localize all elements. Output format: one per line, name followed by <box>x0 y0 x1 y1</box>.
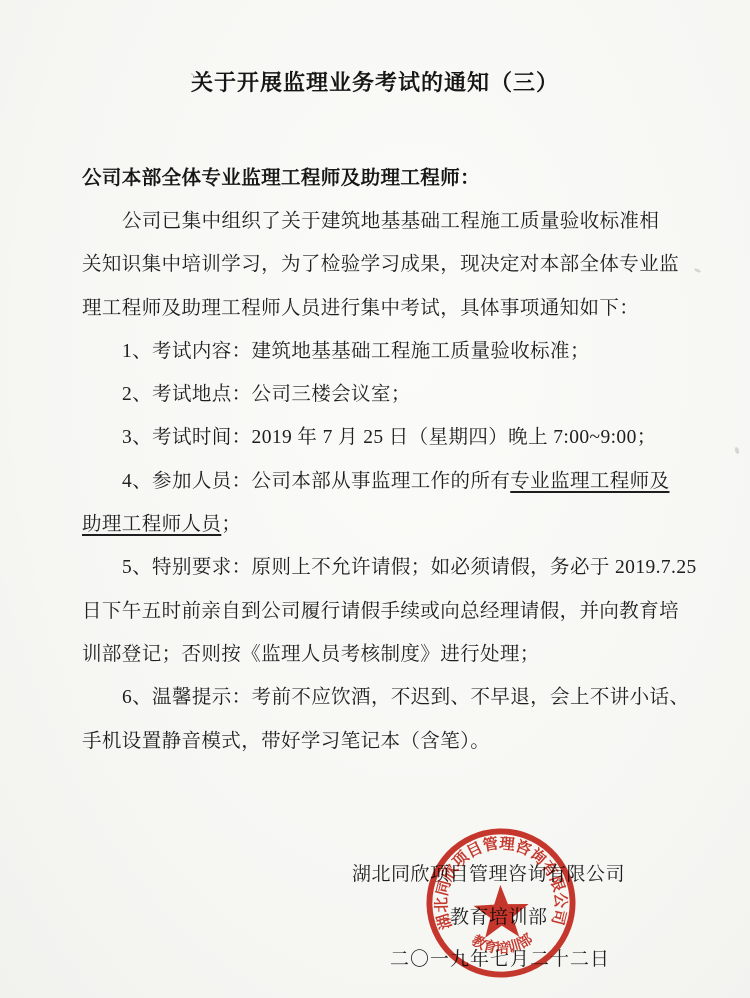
item-4-participants-line-1: 4、参加人员：公司本部从事监理工作的所有专业监理工程师及 <box>82 460 712 503</box>
body-text: 公司已集中组织了关于建筑地基基础工程施工质量验收标准相 <box>122 211 659 232</box>
document-body: 公司已集中组织了关于建筑地基基础工程施工质量验收标准相关知识集中培训学习，为了检… <box>82 200 712 763</box>
body-text: ； <box>221 514 241 535</box>
body-text: 3、考试时间：2019 年 7 月 25 日（星期四）晚上 7:00~9:00； <box>122 427 657 448</box>
intro-line-1: 公司已集中组织了关于建筑地基基础工程施工质量验收标准相 <box>82 200 712 243</box>
page-title: 关于开展监理业务考试的通知（三） <box>0 66 750 97</box>
item-5-special-requirements-line-3: 训部登记；否则按《监理人员考核制度》进行处理； <box>82 633 712 676</box>
body-text: 手机设置静音模式，带好学习笔记本（含笔）。 <box>82 731 490 752</box>
body-text: 理工程师及助理工程师人员进行集中考试，具体事项通知如下： <box>82 298 639 319</box>
body-text: 关知识集中培训学习，为了检验学习成果，现决定对本部全体专业监 <box>82 254 679 275</box>
seal-banner-text: 教育培训部 <box>468 930 536 958</box>
scan-speck <box>734 447 740 455</box>
intro-line-2: 关知识集中培训学习，为了检验学习成果，现决定对本部全体专业监 <box>82 243 712 286</box>
underlined-text: 专业监理工程师及 <box>510 471 669 492</box>
item-5-special-requirements-line-1: 5、特别要求：原则上不允许请假；如必须请假，务必于 2019.7.25 <box>82 546 712 589</box>
item-6-friendly-reminder-line-2: 手机设置静音模式，带好学习笔记本（含笔）。 <box>82 720 712 763</box>
item-1-exam-content: 1、考试内容：建筑地基基础工程施工质量验收标准； <box>82 330 712 373</box>
body-text: 训部登记；否则按《监理人员考核制度》进行处理； <box>82 644 540 665</box>
item-4-participants-line-2: 助理工程师人员； <box>82 503 712 546</box>
salutation: 公司本部全体专业监理工程师及助理工程师： <box>82 162 480 190</box>
item-5-special-requirements-line-2: 日下午五时前亲自到公司履行请假手续或向总经理请假，并向教育培 <box>82 590 712 633</box>
official-seal: 湖北同欣项目管理咨询有限公司 教育培训部 <box>416 823 585 983</box>
item-2-exam-location: 2、考试地点：公司三楼会议室； <box>82 373 712 416</box>
underlined-text: 助理工程师人员 <box>82 514 221 535</box>
document-page: 关于开展监理业务考试的通知（三） 公司本部全体专业监理工程师及助理工程师： 公司… <box>0 0 750 998</box>
body-text: 2、考试地点：公司三楼会议室； <box>122 384 411 405</box>
body-text: 5、特别要求：原则上不允许请假；如必须请假，务必于 2019.7.25 <box>122 557 697 578</box>
body-text: 日下午五时前亲自到公司履行请假手续或向总经理请假，并向教育培 <box>82 601 679 622</box>
body-text: 1、考试内容：建筑地基基础工程施工质量验收标准； <box>122 341 590 362</box>
body-text: 4、参加人员：公司本部从事监理工作的所有 <box>122 471 510 492</box>
item-3-exam-time: 3、考试时间：2019 年 7 月 25 日（星期四）晚上 7:00~9:00； <box>82 416 712 459</box>
body-text: 6、温馨提示：考前不应饮酒，不迟到、不早退，会上不讲小话、 <box>122 687 689 708</box>
intro-line-3: 理工程师及助理工程师人员进行集中考试，具体事项通知如下： <box>82 287 712 330</box>
item-6-friendly-reminder-line-1: 6、温馨提示：考前不应饮酒，不迟到、不早退，会上不讲小话、 <box>82 676 712 719</box>
star-icon <box>473 884 530 938</box>
